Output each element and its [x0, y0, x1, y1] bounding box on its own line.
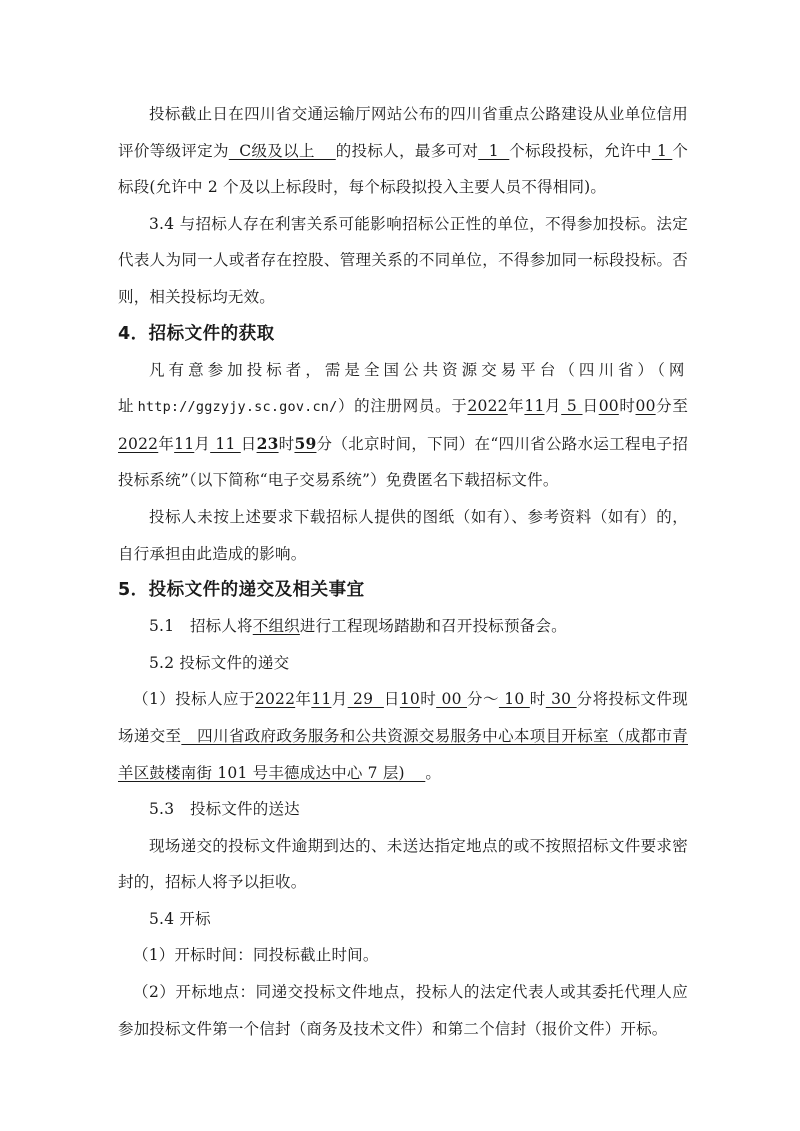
end-month: 11 [174, 435, 194, 453]
text: 5.1 招标人将 [149, 617, 253, 635]
start-minute: 00 [636, 397, 656, 415]
paragraph-5-2-submission: （1）投标人应于2022年11月 29 日10时 00 分～ 10 时 30 分… [118, 681, 688, 791]
text: 。 [425, 764, 441, 782]
section-4-heading: 4．招标文件的获取 [118, 316, 688, 352]
paragraph-credit-rating: 投标截止日在四川省交通运输厅网站公布的四川省重点公路建设从业单位信用评价等级评定… [118, 96, 688, 206]
text: 日 [583, 397, 599, 415]
text: 时 [530, 690, 546, 708]
paragraph-opening-location: （2）开标地点：同递交投标文件地点，投标人的法定代表人或其委托代理人应参加投标文… [118, 974, 688, 1047]
text: 的投标人，最多可对 [336, 142, 478, 160]
text: 进行工程现场踏勘和召开投标预备会。 [300, 617, 567, 635]
paragraph-opening-time: （1）开标时间：同投标截止时间。 [118, 937, 688, 974]
start-day: 5 [561, 397, 582, 415]
credit-grade-value: C级及以上 [229, 142, 336, 160]
text: 时 [420, 690, 436, 708]
submit-end-minute: 30 [546, 690, 577, 708]
text: 时 [279, 435, 295, 453]
platform-url-link[interactable]: http://ggzyjy.sc.gov.cn/ [138, 399, 338, 415]
not-organize-emphasis: 不组织 [253, 617, 300, 635]
text: 分至 [656, 397, 688, 415]
subsection-5-3-title: 5.3 投标文件的送达 [118, 791, 688, 828]
text: 日 [384, 690, 400, 708]
section-5-heading: 5．投标文件的递交及相关事宜 [118, 572, 688, 608]
text: 年 [295, 690, 311, 708]
start-hour: 00 [599, 397, 619, 415]
end-day: 11 [210, 435, 241, 453]
submission-location: 四川省政府政务服务和公共资源交易服务中心本项目开标室（成都市青羊区鼓楼南街 10… [118, 727, 688, 782]
win-sections-value: 1 [652, 142, 673, 160]
text: 时 [619, 397, 636, 415]
submit-year: 2022 [255, 690, 295, 708]
submit-month: 11 [311, 690, 331, 708]
text: （1）投标人应于 [133, 690, 255, 708]
text: 月 [331, 690, 347, 708]
text: 分～ [467, 690, 499, 708]
submit-start-hour: 10 [400, 690, 420, 708]
paragraph-5-1: 5.1 招标人将不组织进行工程现场踏勘和召开投标预备会。 [118, 608, 688, 645]
end-hour: 23 [257, 434, 279, 453]
paragraph-obtain-documents: 凡有意参加投标者，需是全国公共资源交易平台（四川省）（网址http://ggzy… [118, 352, 688, 499]
submit-start-minute: 00 [436, 690, 467, 708]
paragraph-3-4: 3.4 与招标人存在利害关系可能影响招标公正性的单位，不得参加投标。法定代表人为… [118, 206, 688, 316]
submit-day: 29 [348, 690, 384, 708]
text: 月 [194, 435, 210, 453]
text: 分 [316, 435, 332, 453]
subsection-5-2-title: 5.2 投标文件的递交 [118, 645, 688, 682]
text: 个标段投标，允许中 [509, 142, 651, 160]
subsection-5-4-title: 5.4 开标 [118, 901, 688, 938]
text: 年 [158, 435, 174, 453]
end-minute: 59 [294, 434, 316, 453]
text: ）的注册网员。于 [337, 397, 467, 415]
text: 日 [241, 435, 257, 453]
document-page: 投标截止日在四川省交通运输厅网站公布的四川省重点公路建设从业单位信用评价等级评定… [118, 96, 688, 1047]
submit-end-hour: 10 [499, 690, 530, 708]
max-sections-value: 1 [478, 142, 509, 160]
text: 年 [508, 397, 525, 415]
start-month: 11 [524, 397, 544, 415]
text: 月 [545, 397, 562, 415]
start-year: 2022 [467, 397, 507, 415]
paragraph-download-notice: 投标人未按上述要求下载招标人提供的图纸（如有）、参考资料（如有）的，自行承担由此… [118, 499, 688, 572]
paragraph-5-3-delivery: 现场递交的投标文件逾期到达的、未送达指定地点的或不按照招标文件要求密封的，招标人… [118, 828, 688, 901]
end-year: 2022 [118, 435, 158, 453]
